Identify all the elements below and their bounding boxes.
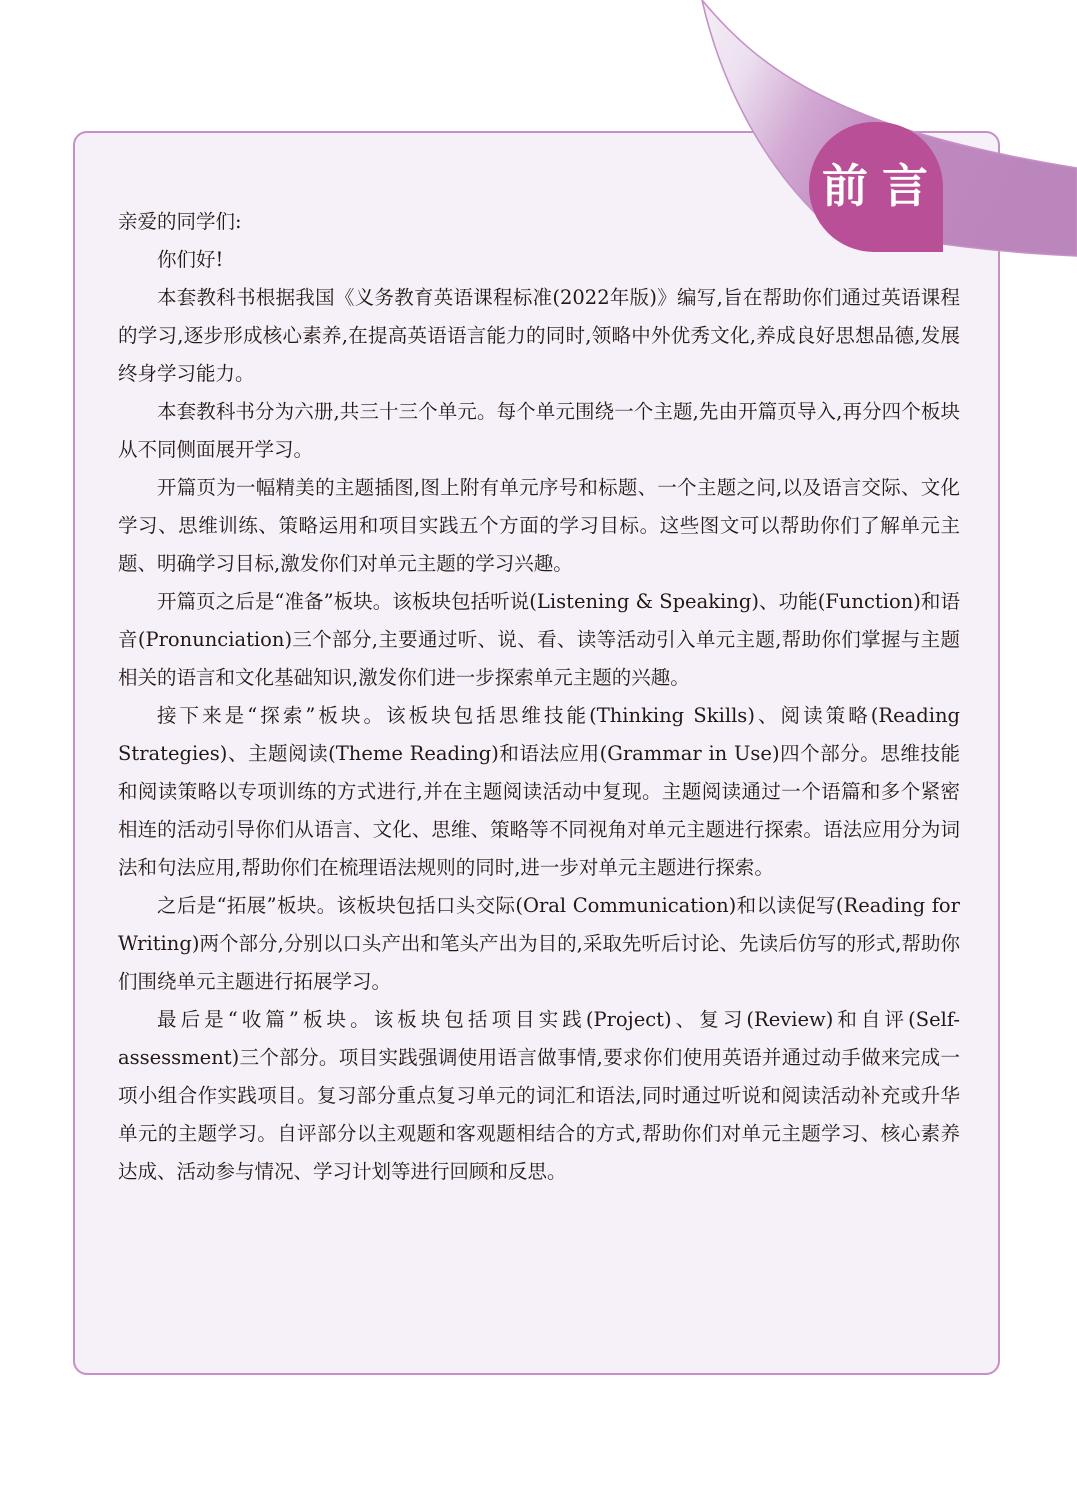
paragraph-conclude-section: 最后是“收篇”板块。该板块包括项目实践(Project)、复习(Review)和… — [118, 1001, 960, 1191]
paragraph-structure: 本套教科书分为六册,共三十三个单元。每个单元围绕一个主题,先由开篇页导入,再分四… — [118, 393, 960, 469]
letter-salutation: 你们好! — [118, 241, 960, 279]
paragraph-explore-section: 接下来是“探索”板块。该板块包括思维技能(Thinking Skills)、阅读… — [118, 697, 960, 887]
paragraph-purpose: 本套教科书根据我国《义务教育英语课程标准(2022年版)》编写,旨在帮助你们通过… — [118, 279, 960, 393]
paragraph-prepare-section: 开篇页之后是“准备”板块。该板块包括听说(Listening & Speakin… — [118, 583, 960, 697]
paragraph-opening-page: 开篇页为一幅精美的主题插图,图上附有单元序号和标题、一个主题之问,以及语言交际、… — [118, 469, 960, 583]
paragraph-extend-section: 之后是“拓展”板块。该板块包括口头交际(Oral Communication)和… — [118, 887, 960, 1001]
letter-greeting: 亲爱的同学们: — [118, 203, 960, 241]
letter-body: 亲爱的同学们: 你们好! 本套教科书根据我国《义务教育英语课程标准(2022年版… — [118, 203, 960, 1191]
